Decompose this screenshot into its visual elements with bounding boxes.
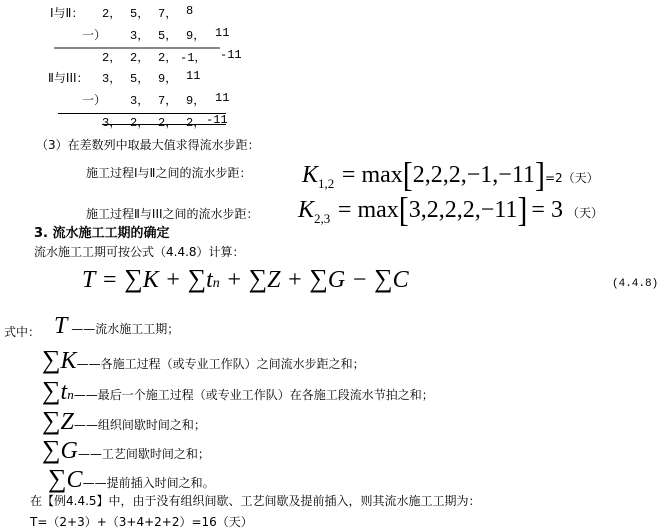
sigma-icon: ∑ xyxy=(374,264,393,294)
diff1-result-3: -1， xyxy=(180,48,206,65)
def-K-symbol: K xyxy=(61,348,77,374)
formula-T: T xyxy=(82,267,95,293)
diff2-row2-1: 7， xyxy=(158,91,177,108)
diff1-row2-2: 9， xyxy=(186,26,205,43)
def-C-symbol: C xyxy=(67,467,83,493)
diff2-result-3: 2， xyxy=(186,113,205,130)
diff2-minus: 一） xyxy=(82,91,106,108)
diff1-result-2: 2， xyxy=(158,48,177,65)
k23-max: = max xyxy=(338,197,399,223)
formula-op-1: + xyxy=(166,267,180,293)
k23-subscript: 2,3 xyxy=(314,211,330,226)
k23-left-bracket: [ xyxy=(399,191,409,230)
def-Z-symbol: Z xyxy=(61,409,74,435)
diff1-result-0: 2， xyxy=(102,48,121,65)
formula-op-3: + xyxy=(288,267,302,293)
k12-label-row: 施工过程Ⅰ与Ⅱ之间的流水步距： xyxy=(86,164,251,181)
formula-term-t: t xyxy=(206,267,213,293)
sigma-icon: ∑ xyxy=(188,264,207,294)
formula-term-C: C xyxy=(393,267,409,293)
diff2-row1-3: 11 xyxy=(186,69,200,83)
diff1-result-1: 2， xyxy=(130,48,149,65)
diff1-row2-3: 11 xyxy=(215,26,229,40)
section-heading: 3. 流水施工工期的确定 xyxy=(34,222,170,241)
diff2-row1-1: 5， xyxy=(130,69,149,86)
sigma-icon: ∑ xyxy=(42,406,61,436)
k23-values: 3,2,2,2,−11 xyxy=(409,197,518,223)
result-text: T=（2+3）+（3+4+2+2）=16（天） xyxy=(30,513,253,530)
k23-label: 施工过程Ⅱ与III之间的流水步距： xyxy=(86,207,259,221)
def-C-text: ——提前插入时间之和。 xyxy=(83,476,215,490)
k12-max: = max xyxy=(342,162,403,188)
diff1-row1-2: 7， xyxy=(158,4,177,21)
k23-unit: （天） xyxy=(567,206,603,220)
diff2-result-2: 2， xyxy=(158,113,177,130)
k12-subscript: 1,2 xyxy=(318,176,334,191)
sigma-icon: ∑ xyxy=(309,264,328,294)
diff2-row2-0: 3， xyxy=(130,91,149,108)
diff1-row2-0: 3， xyxy=(130,26,149,43)
formula-equals: = xyxy=(103,267,117,293)
def-K-text: ——各施工过程（或专业工作队）之间流水步距之和； xyxy=(77,357,365,371)
diff2-row1-2: 9， xyxy=(158,69,177,86)
k23-label-row: 施工过程Ⅱ与III之间的流水步距： xyxy=(86,205,259,222)
diff1-result-4: -11 xyxy=(220,48,242,62)
diff2-result-1: 2， xyxy=(130,113,149,130)
definition-tn: ∑tn——最后一个施工过程（或专业工作队）在各施工段流水节拍之和； xyxy=(42,376,434,406)
def-tn-text: ——最后一个施工过程（或专业工作队）在各施工段流水节拍之和； xyxy=(74,388,434,402)
k12-unit: （天） xyxy=(563,171,599,185)
k12-right-bracket: ] xyxy=(535,156,545,195)
def-T-text: ——流水施工工期； xyxy=(71,322,179,336)
step3-text: （3）在差数列中取最大值求得流水步距： xyxy=(36,136,260,153)
diff2-result-0: 3， xyxy=(102,113,121,130)
diff1-row1-1: 5， xyxy=(130,4,149,21)
diff2-row2-2: 9， xyxy=(186,91,205,108)
diff1-minus: 一） xyxy=(82,26,106,43)
diff2-row2-3: 11 xyxy=(215,91,229,105)
def-G-symbol: G xyxy=(61,438,78,464)
k12-left-bracket: [ xyxy=(403,156,413,195)
formula-intro: 流水施工工期可按公式（4.4.8）计算： xyxy=(34,243,245,260)
k12-result: =2 xyxy=(545,171,563,185)
formula-term-Z: Z xyxy=(267,267,280,293)
where-label: 式中： xyxy=(4,323,40,340)
diff1-label: Ⅰ与Ⅱ： xyxy=(50,4,83,21)
definition-Z: ∑Z——组织间歇时间之和； xyxy=(42,406,206,436)
formula-term-G: G xyxy=(328,267,345,293)
formula-op-4: − xyxy=(353,267,367,293)
sigma-icon: ∑ xyxy=(42,345,61,375)
sigma-icon: ∑ xyxy=(42,376,61,406)
sigma-icon: ∑ xyxy=(249,264,268,294)
k23-right-bracket: ] xyxy=(517,191,527,230)
def-Z-text: ——组织间歇时间之和； xyxy=(74,418,206,432)
diff2-label: Ⅱ与III： xyxy=(48,69,89,86)
definition-T: T ——流水施工工期； xyxy=(54,313,179,340)
example-text: 在【例4.4.5】中，由于没有组织间歇、工艺间歇及提前插入，则其流水施工工期为： xyxy=(30,492,481,509)
k12-label: 施工过程Ⅰ与Ⅱ之间的流水步距： xyxy=(86,166,251,180)
diff2-result-4: -11 xyxy=(206,113,228,127)
k23-equation: K2,3 = max[3,2,2,2,−11]= 3（天） xyxy=(298,194,603,228)
k23-symbol: K xyxy=(298,197,314,223)
formula-op-2: + xyxy=(227,267,241,293)
diff1-row1-0: 2， xyxy=(102,4,121,21)
def-T-symbol: T xyxy=(54,313,67,339)
sigma-icon: ∑ xyxy=(42,435,61,465)
definition-C: ∑C——提前插入时间之和。 xyxy=(48,464,215,494)
k12-symbol: K xyxy=(302,162,318,188)
diff1-row1-3: 8 xyxy=(186,4,193,18)
sigma-icon: ∑ xyxy=(48,464,67,494)
formula-number: (4.4.8) xyxy=(612,278,658,290)
def-G-text: ——工艺间歇时间之和； xyxy=(78,447,210,461)
definition-G: ∑G——工艺间歇时间之和； xyxy=(42,435,210,465)
main-formula: T = ∑K + ∑tn + ∑Z + ∑G − ∑C xyxy=(82,264,409,294)
formula-term-t-sub: n xyxy=(213,276,220,291)
diff1-row2-1: 5， xyxy=(158,26,177,43)
k12-values: 2,2,2,−1,−11 xyxy=(413,162,535,188)
sigma-icon: ∑ xyxy=(124,264,143,294)
diff2-row1-0: 3， xyxy=(102,69,121,86)
k23-result: = 3 xyxy=(531,197,563,223)
definition-K: ∑K——各施工过程（或专业工作队）之间流水步距之和； xyxy=(42,345,365,375)
formula-term-K: K xyxy=(143,267,159,293)
k12-equation: K1,2 = max[2,2,2,−1,−11]=2（天） xyxy=(302,159,599,193)
